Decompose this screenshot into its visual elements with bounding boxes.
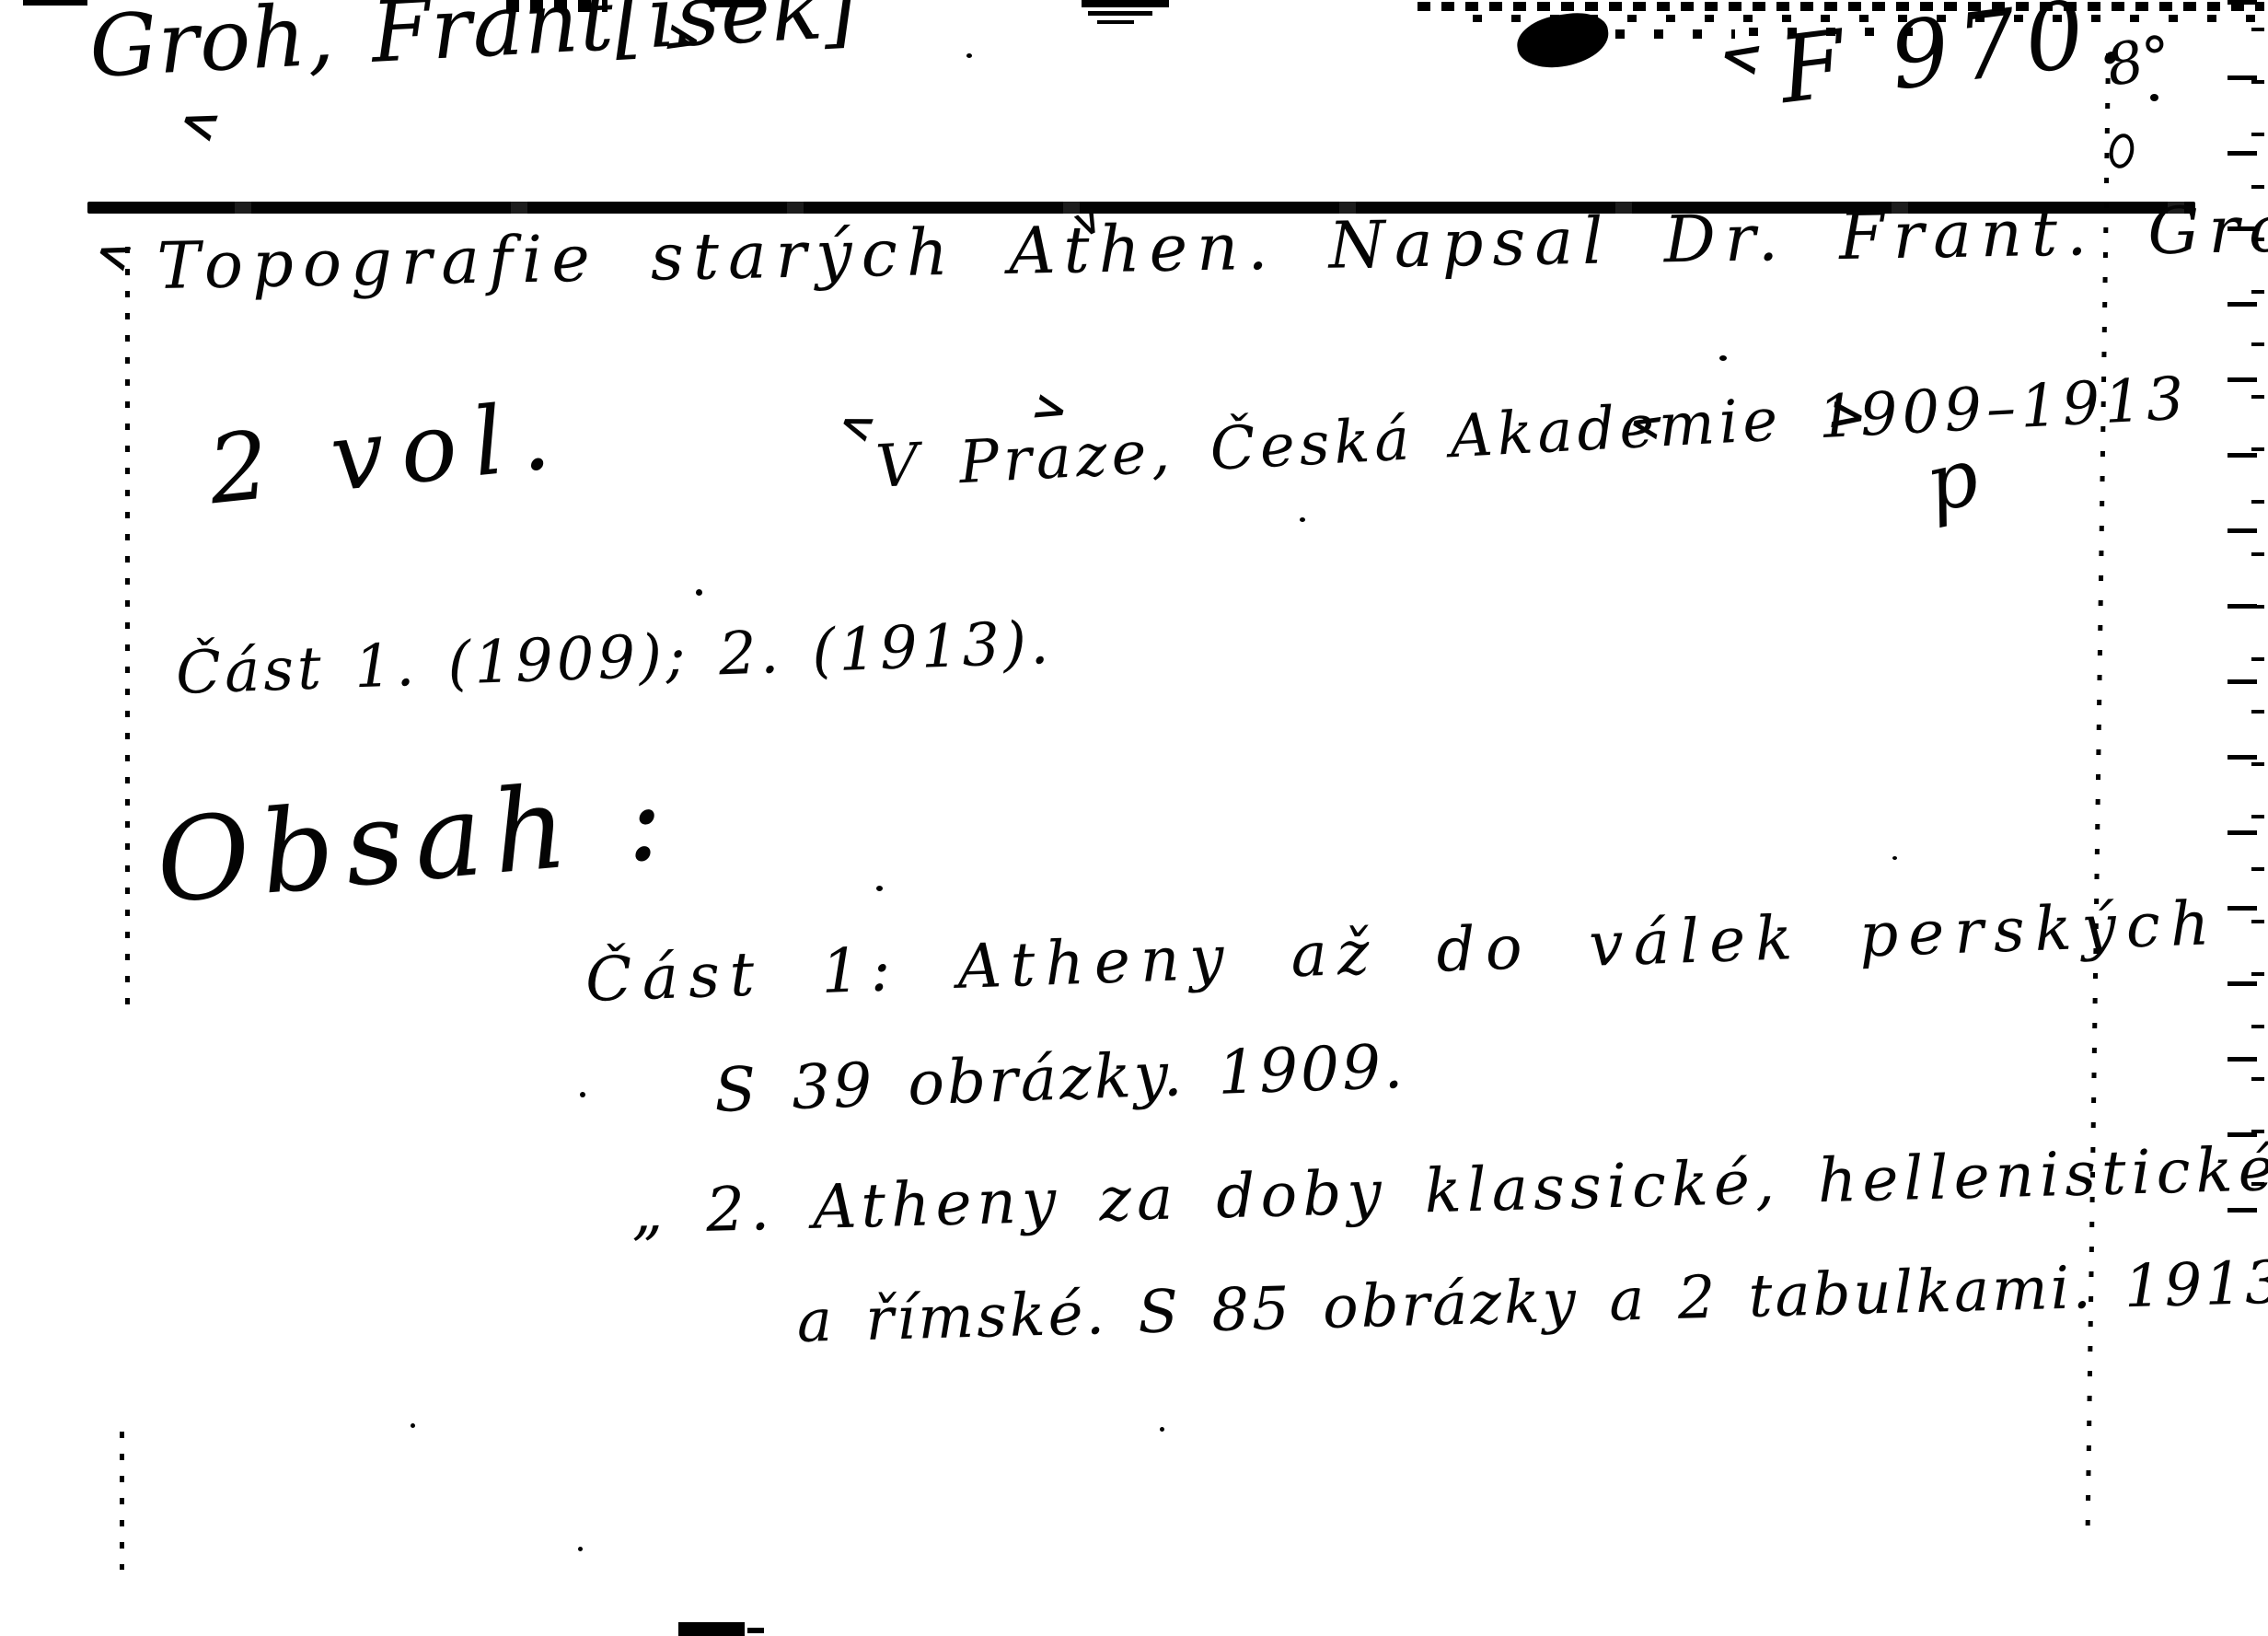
- insertion-mark-close-years: >: [1825, 389, 1869, 440]
- ink-dot: [1719, 355, 1727, 361]
- scan-noise-top-1: [506, 0, 607, 12]
- left-margin-dotted-line-lower: [120, 1432, 124, 1570]
- catalog-card: Groh, Frant[išek] F 970. 8° Topografie s…: [0, 0, 2268, 1636]
- contents-line-1: Část 1: Atheny až do válek perských .: [584, 890, 2268, 1011]
- ink-dot: [1160, 1427, 1164, 1432]
- scan-noise-top-4: [1088, 11, 1152, 16]
- volume-note: 2 vol.: [204, 388, 571, 518]
- imprint-flourish: p: [1919, 437, 1985, 526]
- ink-dot: [876, 886, 883, 891]
- ink-dot: [696, 589, 702, 596]
- scan-noise-top-band-1: [1417, 2, 2264, 11]
- ink-dot: [580, 1092, 585, 1097]
- scan-noise-squiggle: [2106, 132, 2136, 171]
- scan-noise-top-band-4: [1749, 28, 1933, 36]
- ink-dot: [966, 53, 972, 58]
- parts-line: Část 1. (1909); 2. (1913).: [175, 614, 1053, 703]
- scan-noise-right-ticks-2: [2251, 28, 2264, 1188]
- insertion-mark-open-author: <: [173, 95, 226, 153]
- ink-dot: [1892, 856, 1897, 860]
- scan-noise-top-band-3: [1615, 29, 1735, 39]
- contents-heading: Obsah :: [152, 761, 678, 921]
- scan-noise-top-3: [1082, 0, 1169, 7]
- contents-line-2: S 39 obrázky. 1909.: [713, 1037, 1406, 1121]
- contents-line-3: „ 2. Atheny za doby klassické, hellenist…: [631, 1139, 2268, 1243]
- ink-dot: [411, 1423, 415, 1428]
- scan-noise-top-2: [709, 0, 764, 7]
- format-note: 8°: [2102, 28, 2176, 95]
- ink-dot: [578, 1547, 583, 1551]
- insertion-mark-open-title: <: [90, 227, 139, 281]
- scan-noise-top-left: [23, 0, 87, 6]
- ink-dot: [2150, 94, 2158, 101]
- scan-noise-bottom-2: [747, 1628, 764, 1633]
- author-heading: Groh, Frant[išek]: [87, 0, 860, 90]
- contents-line-4: a římské. S 85 obrázky a 2 tabulkami. 19…: [796, 1253, 2268, 1352]
- ink-dot: [1300, 517, 1305, 522]
- scan-noise-top-5: [1097, 20, 1134, 24]
- scan-noise-bottom-1: [678, 1622, 745, 1636]
- left-margin-dotted-line: [125, 247, 130, 1006]
